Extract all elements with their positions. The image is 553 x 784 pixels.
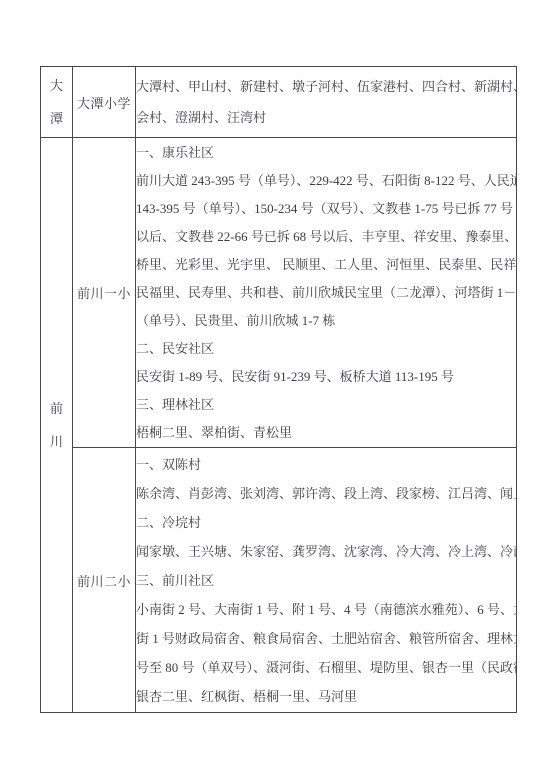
district-cell-qianchuan: 前川 (41, 138, 73, 713)
area-text: 一、双陈村陈余湾、肖彭湾、张刘湾、郭许湾、段上湾、段家榜、江吕湾、闻上湾二、冷垸… (136, 450, 516, 711)
area-line: 民福里、民寿里、共和巷、前川欣城民宝里（二龙潭）、河塔街 1－19 (136, 279, 516, 307)
area-line: 一、康乐社区 (136, 139, 516, 167)
area-line: 闻家墩、王兴塘、朱家窑、龚罗湾、沈家湾、冷大湾、冷上湾、冷西湾 (136, 537, 516, 566)
table-row: 前川二小 一、双陈村陈余湾、肖彭湾、张刘湾、郭许湾、段上湾、段家榜、江吕湾、闻上… (41, 448, 517, 713)
area-line: 号至 80 号（单双号）、滠河街、石榴里、堤防里、银杏一里（民政宿舍）、 (136, 653, 516, 682)
area-line: 二、民安社区 (136, 335, 516, 363)
area-text: 大潭村、甲山村、新建村、墩子河村、伍家港村、四合村、新湖村、七会村、澄湖村、汪湾… (136, 71, 516, 133)
area-line: 桥里、光彩里、光宇里、 民顺里、工人里、河恒里、民泰里、民祥里、 (136, 251, 516, 279)
area-line: 一、双陈村 (136, 450, 516, 479)
district-char: 潭 (41, 102, 72, 135)
document-page: 大潭 大潭小学 大潭村、甲山村、新建村、墩子河村、伍家港村、四合村、新湖村、七会… (0, 0, 553, 784)
area-line: 二、冷垸村 (136, 508, 516, 537)
area-line: 前川大道 243-395 号（单号）、229-422 号、石阳街 8-122 号… (136, 167, 516, 195)
area-line: 三、理林社区 (136, 391, 516, 419)
school-name-datan-primary: 大潭小学 (73, 67, 136, 138)
area-text: 一、康乐社区前川大道 243-395 号（单号）、229-422 号、石阳街 8… (136, 139, 516, 447)
area-cell: 大潭村、甲山村、新建村、墩子河村、伍家港村、四合村、新湖村、七会村、澄湖村、汪湾… (136, 67, 517, 138)
area-cell: 一、双陈村陈余湾、肖彭湾、张刘湾、郭许湾、段上湾、段家榜、江吕湾、闻上湾二、冷垸… (136, 448, 517, 713)
area-line: 民安街 1-89 号、民安街 91-239 号、板桥大道 113-195 号 (136, 363, 516, 391)
area-line: 会村、澄湖村、汪湾村 (136, 102, 516, 133)
area-line: 143-395 号（单号）、150-234 号（双号）、文教巷 1-75 号已拆… (136, 195, 516, 223)
table-row: 大潭 大潭小学 大潭村、甲山村、新建村、墩子河村、伍家港村、四合村、新湖村、七会… (41, 67, 517, 138)
area-line: 街 1 号财政局宿舍、粮食局宿舍、土肥站宿舍、粮管所宿舍、理林大道 1 (136, 624, 516, 653)
school-name-qianchuan-no1: 前川一小 (73, 138, 136, 448)
district-char: 大 (41, 69, 72, 102)
area-line: （单号）、民贵里、前川欣城 1-7 栋 (136, 307, 516, 335)
area-cell: 一、康乐社区前川大道 243-395 号（单号）、229-422 号、石阳街 8… (136, 138, 517, 448)
district-label: 大潭 (41, 69, 72, 135)
district-label: 前川 (41, 392, 72, 458)
school-district-table: 大潭 大潭小学 大潭村、甲山村、新建村、墩子河村、伍家港村、四合村、新湖村、七会… (40, 66, 517, 713)
district-char: 川 (41, 425, 72, 458)
area-line: 小南街 2 号、大南街 1 号、附 1 号、4 号（南德滨水雅苑）、6 号、大南 (136, 595, 516, 624)
district-char: 前 (41, 392, 72, 425)
area-line: 梧桐二里、翠柏街、青松里 (136, 419, 516, 447)
area-line: 陈余湾、肖彭湾、张刘湾、郭许湾、段上湾、段家榜、江吕湾、闻上湾 (136, 479, 516, 508)
area-line: 银杏二里、红枫街、梧桐一里、马河里 (136, 682, 516, 711)
district-cell-datan: 大潭 (41, 67, 73, 138)
table-row: 前川 前川一小 一、康乐社区前川大道 243-395 号（单号）、229-422… (41, 138, 517, 448)
area-line: 三、前川社区 (136, 566, 516, 595)
area-line: 以后、文教巷 22-66 号已拆 68 号以后、丰亨里、祥安里、豫泰里、长 (136, 223, 516, 251)
school-name-qianchuan-no2: 前川二小 (73, 448, 136, 713)
area-line: 大潭村、甲山村、新建村、墩子河村、伍家港村、四合村、新湖村、七 (136, 71, 516, 102)
